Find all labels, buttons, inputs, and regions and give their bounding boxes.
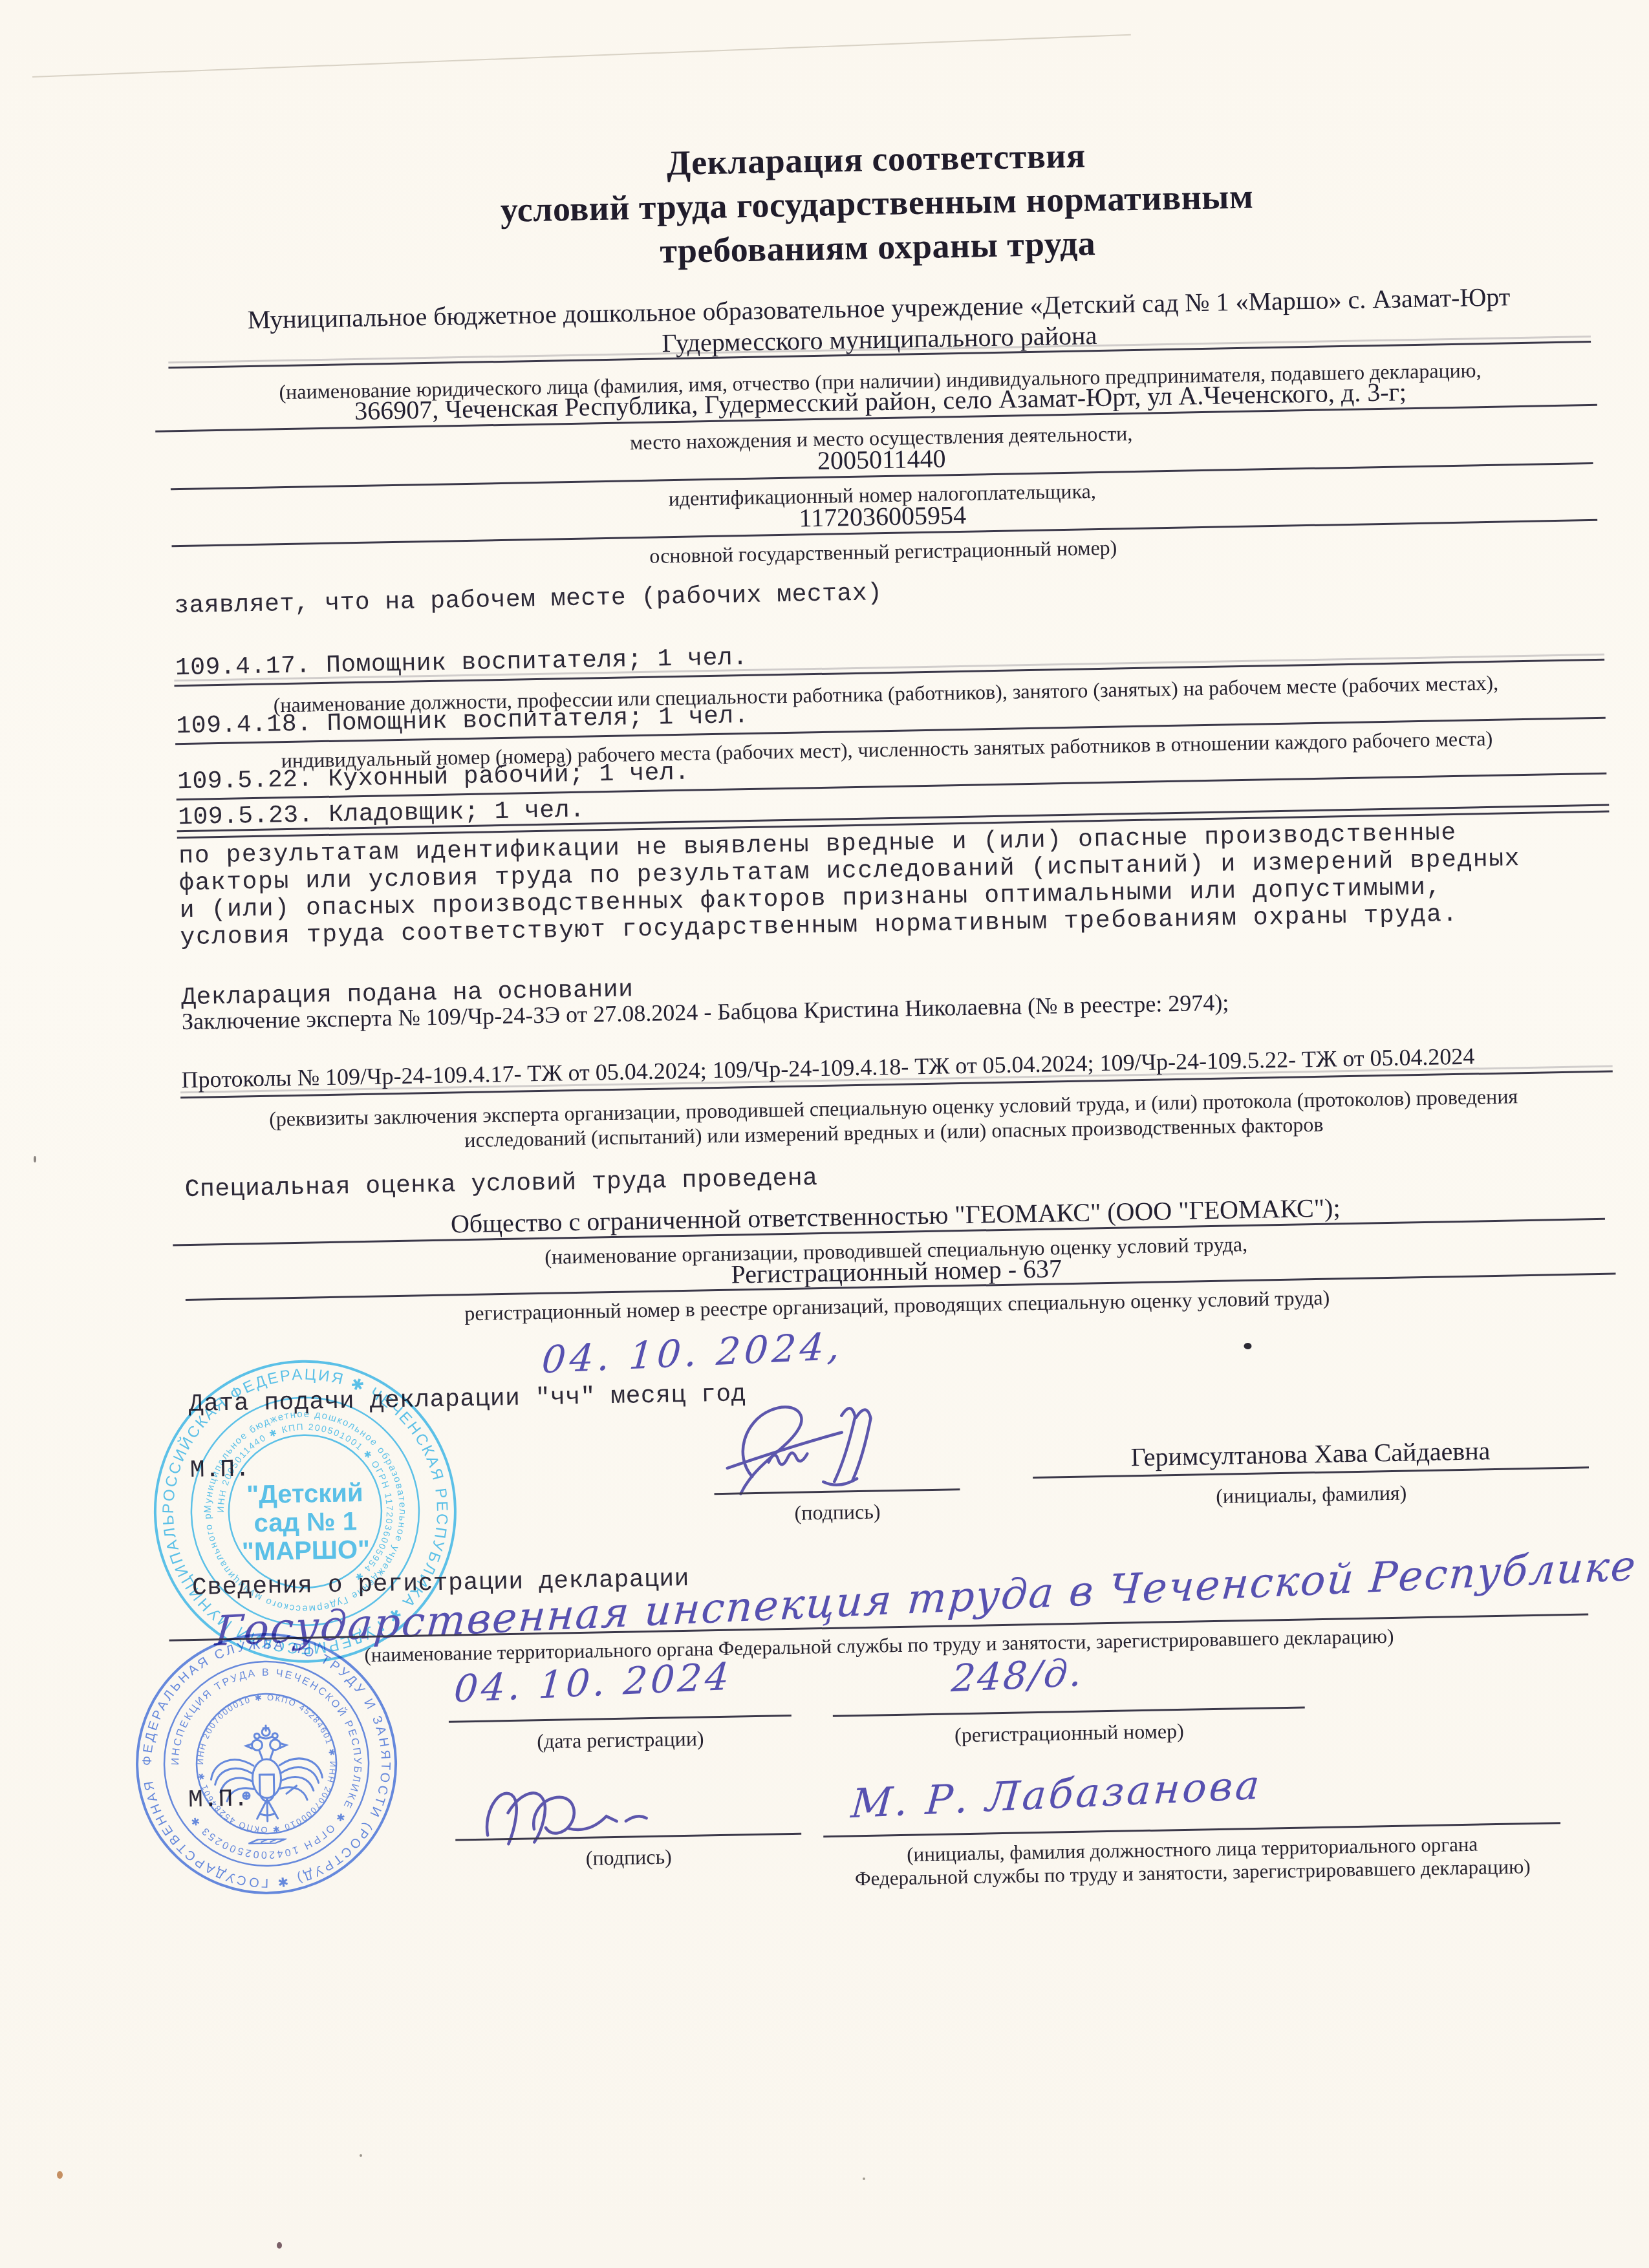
caption-registration-date: (дата регистрации) — [449, 1725, 792, 1755]
document-sheet: Декларация соответствия условий труда го… — [0, 0, 1649, 2267]
caption-signature: (подпись) — [715, 1498, 961, 1526]
handwritten-filing-date: 04. 10. 2024, — [540, 1324, 845, 1382]
sout-label: Специальная оценка условий труда проведе… — [184, 1164, 817, 1204]
declares-line: заявляет, что на рабочем месте (рабочих … — [174, 579, 883, 620]
caption-registration-number: (регистрационный номер) — [833, 1717, 1306, 1748]
stamp-center-text: сад № 1 — [253, 1507, 357, 1537]
handwritten-official-name: М. Р. Лабазанова — [850, 1761, 1264, 1827]
scanned-declaration-page: { "title_lines": [ "Декларация соответст… — [0, 0, 1649, 2268]
stamp-center-text: "МАРШО" — [242, 1535, 371, 1567]
stamp-center-text: "Детский — [246, 1479, 363, 1509]
ink-dot — [1244, 1343, 1251, 1349]
handwritten-registration-number: 248/д. — [950, 1651, 1085, 1700]
document-title: Декларация соответствия условий труда го… — [167, 124, 1586, 282]
rule — [833, 1706, 1305, 1717]
rule — [449, 1715, 792, 1723]
rostrud-stamp: ФЕДЕРАЛЬНАЯ СЛУЖБА ПО ТРУДУ И ЗАНЯТОСТИ … — [130, 1627, 403, 1900]
caption-initials: (инициалы, фамилия) — [1033, 1477, 1590, 1511]
caption-official: (инициалы, фамилия должностного лица тер… — [792, 1830, 1594, 1892]
